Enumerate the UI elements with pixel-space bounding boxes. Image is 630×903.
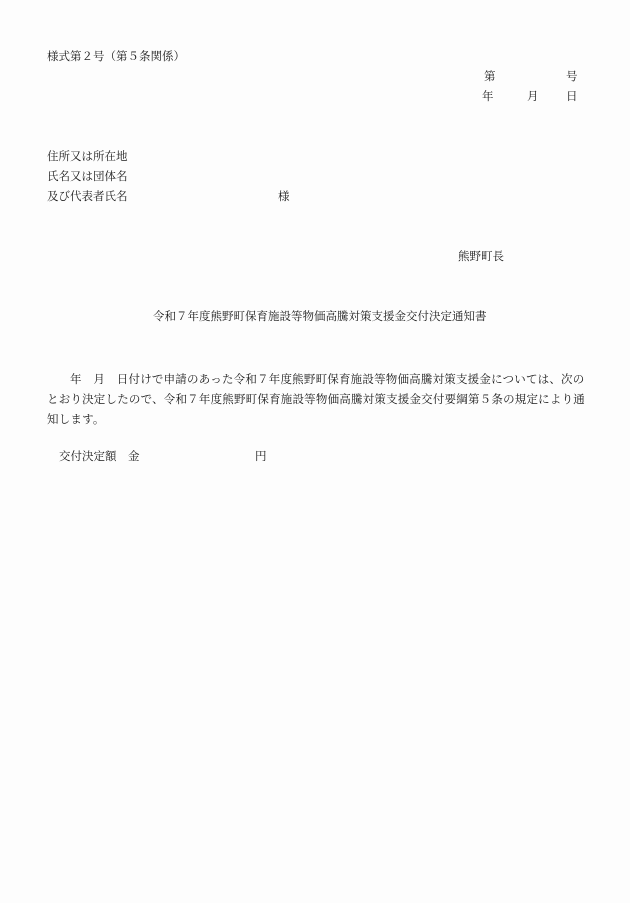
recipient-representative-label: 及び代表者氏名	[47, 191, 128, 203]
date-year-label: 年	[482, 91, 494, 103]
grant-amount-label: 交付決定額	[59, 451, 117, 463]
form-number: 様式第２号（第５条関係）	[47, 51, 185, 63]
recipient-address-label: 住所又は所在地	[47, 151, 128, 163]
document-title: 令和７年度熊野町保育施設等物価高騰対策支援金交付決定通知書	[153, 311, 487, 323]
grant-amount-unit: 円	[255, 451, 267, 463]
recipient-honorific: 様	[278, 191, 290, 203]
grant-amount-prefix: 金	[128, 451, 140, 463]
body-line: とおり決定したので、令和７年度熊野町保育施設等物価高騰対策支援金交付要綱第５条の…	[47, 389, 587, 409]
date-day-label: 日	[566, 91, 578, 103]
issuer-name: 熊野町長	[458, 251, 504, 263]
recipient-name-label: 氏名又は団体名	[47, 171, 128, 183]
body-paragraph: 年 月 日付けで申請のあった令和７年度熊野町保育施設等物価高騰対策支援金について…	[47, 369, 587, 429]
body-line: 知します。	[47, 409, 587, 429]
document-number-suffix: 号	[566, 71, 578, 83]
document-number-prefix: 第	[484, 71, 496, 83]
body-line: 年 月 日付けで申請のあった令和７年度熊野町保育施設等物価高騰対策支援金について…	[47, 369, 587, 389]
date-month-label: 月	[527, 91, 539, 103]
